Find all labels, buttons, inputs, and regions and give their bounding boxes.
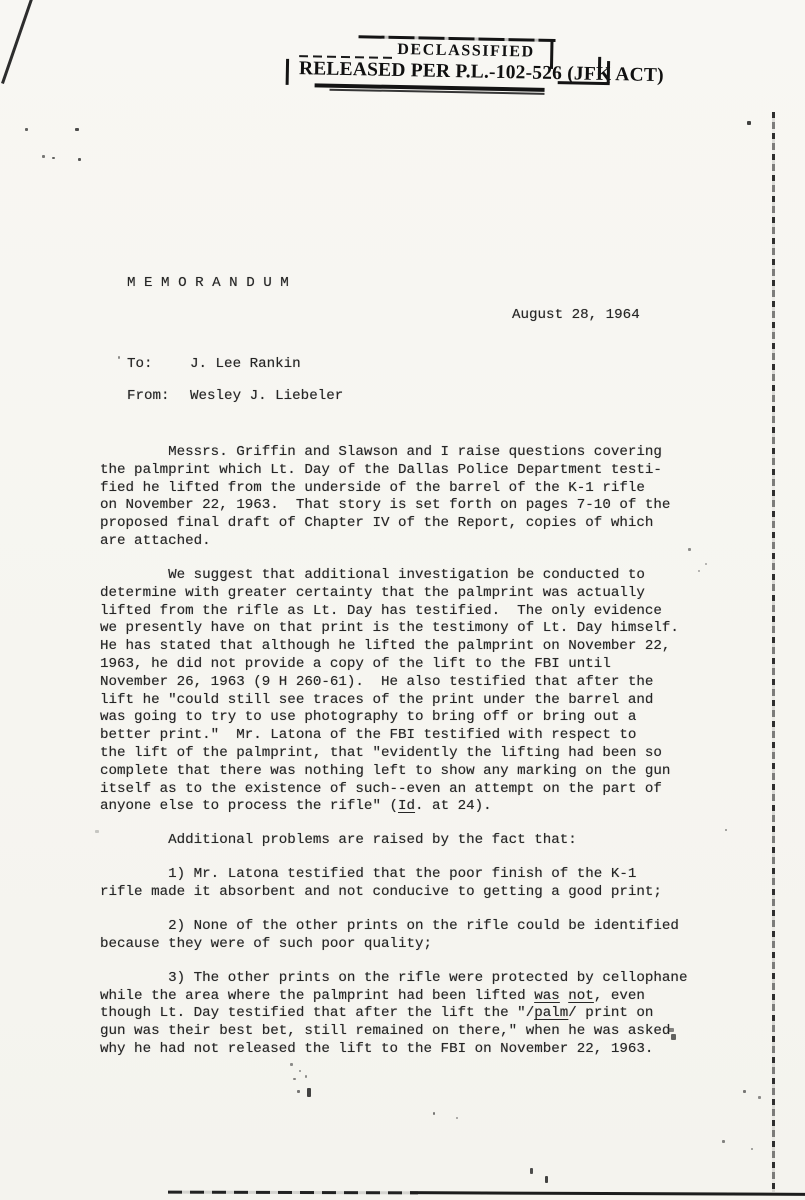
scan-speck [698, 570, 700, 572]
memo-date: August 28, 1964 [512, 307, 640, 325]
scan-speck [299, 1070, 301, 1072]
scan-speck [747, 121, 751, 125]
scan-speck [688, 548, 691, 551]
scan-speck [25, 128, 28, 131]
text-line: lift he "could still see traces of the p… [100, 692, 720, 710]
declassified-stamp: DECLASSIFIED RELEASED PER P.L.-102-526 (… [282, 30, 617, 102]
scan-speck [95, 830, 99, 833]
text-line: proposed final draft of Chapter IV of th… [100, 515, 720, 533]
scan-diagonal-line [1, 0, 33, 84]
text-line: lifted from the rifle as Lt. Day has tes… [100, 603, 720, 621]
to-value: J. Lee Rankin [190, 356, 301, 372]
scan-bottom-line-solid [410, 1191, 805, 1196]
scan-speck [725, 829, 727, 831]
memo-title: M E M O R A N D U M [127, 275, 289, 293]
scan-speck [307, 1088, 311, 1097]
scan-speck [668, 1028, 674, 1032]
stamp-right-bar [598, 57, 601, 75]
text-line: He has stated that although he lifted th… [100, 638, 720, 656]
scanned-memo-page: DECLASSIFIED RELEASED PER P.L.-102-526 (… [0, 0, 805, 1200]
from-label: From: [127, 388, 190, 406]
scan-speck [293, 1078, 296, 1080]
text-line: complete that there was nothing left to … [100, 763, 720, 781]
text-line: why he had not released the lift to the … [100, 1041, 720, 1059]
text-line: we presently have on that print is the t… [100, 620, 720, 638]
text-line: fied he lifted from the underside of the… [100, 480, 720, 498]
text-line: We suggest that additional investigation… [100, 567, 720, 585]
scan-speck [290, 1063, 293, 1066]
scan-speck [671, 1034, 676, 1040]
paragraph: We suggest that additional investigation… [100, 567, 720, 816]
stamp-corner-vertical [607, 61, 610, 83]
text-line: was going to try to use photography to b… [100, 709, 720, 727]
scan-speck [456, 1117, 458, 1119]
text-line: gun was their best bet, still remained o… [100, 1023, 720, 1041]
scan-speck [297, 1090, 300, 1093]
text-line: 1) Mr. Latona testified that the poor fi… [100, 866, 720, 884]
scan-speck [433, 1112, 435, 1115]
text-line: though Lt. Day testified that after the … [100, 1005, 720, 1023]
text-line: while the area where the palmprint had b… [100, 988, 720, 1006]
scan-right-edge-line [772, 112, 775, 1192]
text-line: 1963, he did not provide a copy of the l… [100, 656, 720, 674]
scan-speck [705, 563, 707, 565]
scan-bottom-line-dashed [168, 1191, 418, 1194]
text-line: determine with greater certainty that th… [100, 585, 720, 603]
scan-speck [78, 158, 81, 161]
scan-speck [42, 155, 45, 158]
text-line: because they were of such poor quality; [100, 936, 720, 954]
text-line: Messrs. Griffin and Slawson and I raise … [100, 444, 720, 462]
text-line: 3) The other prints on the rifle were pr… [100, 970, 720, 988]
text-line: better print." Mr. Latona of the FBI tes… [100, 727, 720, 745]
memo-body: Messrs. Griffin and Slawson and I raise … [100, 444, 720, 1075]
paragraph: Additional problems are raised by the fa… [100, 832, 720, 850]
text-line: anyone else to process the rifle" (Id. a… [100, 798, 720, 816]
stamp-left-bracket [286, 59, 289, 85]
scan-speck [118, 356, 120, 359]
text-line: 2) None of the other prints on the rifle… [100, 918, 720, 936]
stamp-declassified-text: DECLASSIFIED [397, 41, 535, 62]
paragraph: Messrs. Griffin and Slawson and I raise … [100, 444, 720, 551]
scan-speck [545, 1176, 548, 1183]
paragraph: 1) Mr. Latona testified that the poor fi… [100, 866, 720, 902]
from-value: Wesley J. Liebeler [190, 388, 343, 404]
from-row: From:Wesley J. Liebeler [127, 388, 343, 406]
text-line: the palmprint which Lt. Day of the Dalla… [100, 462, 720, 480]
text-line: November 26, 1963 (9 H 260-61). He also … [100, 674, 720, 692]
scan-speck [758, 1096, 761, 1099]
scan-speck [751, 1148, 753, 1150]
to-label: To: [127, 356, 190, 374]
text-line: Additional problems are raised by the fa… [100, 832, 720, 850]
text-line: on November 22, 1963. That story is set … [100, 497, 720, 515]
text-line: the lift of the palmprint, that "evident… [100, 745, 720, 763]
paragraph: 3) The other prints on the rifle were pr… [100, 970, 720, 1059]
scan-speck [52, 157, 55, 159]
stamp-top-border [359, 35, 556, 42]
scan-speck [530, 1168, 533, 1174]
text-line: rifle made it absorbent and not conduciv… [100, 884, 720, 902]
scan-speck [722, 1140, 725, 1143]
scan-speck [743, 1090, 746, 1093]
scan-speck [75, 128, 79, 131]
text-line: itself as to the existence of such--even… [100, 781, 720, 799]
text-line: are attached. [100, 533, 720, 551]
to-row: To:J. Lee Rankin [127, 356, 301, 374]
scan-speck [305, 1075, 307, 1078]
paragraph: 2) None of the other prints on the rifle… [100, 918, 720, 954]
